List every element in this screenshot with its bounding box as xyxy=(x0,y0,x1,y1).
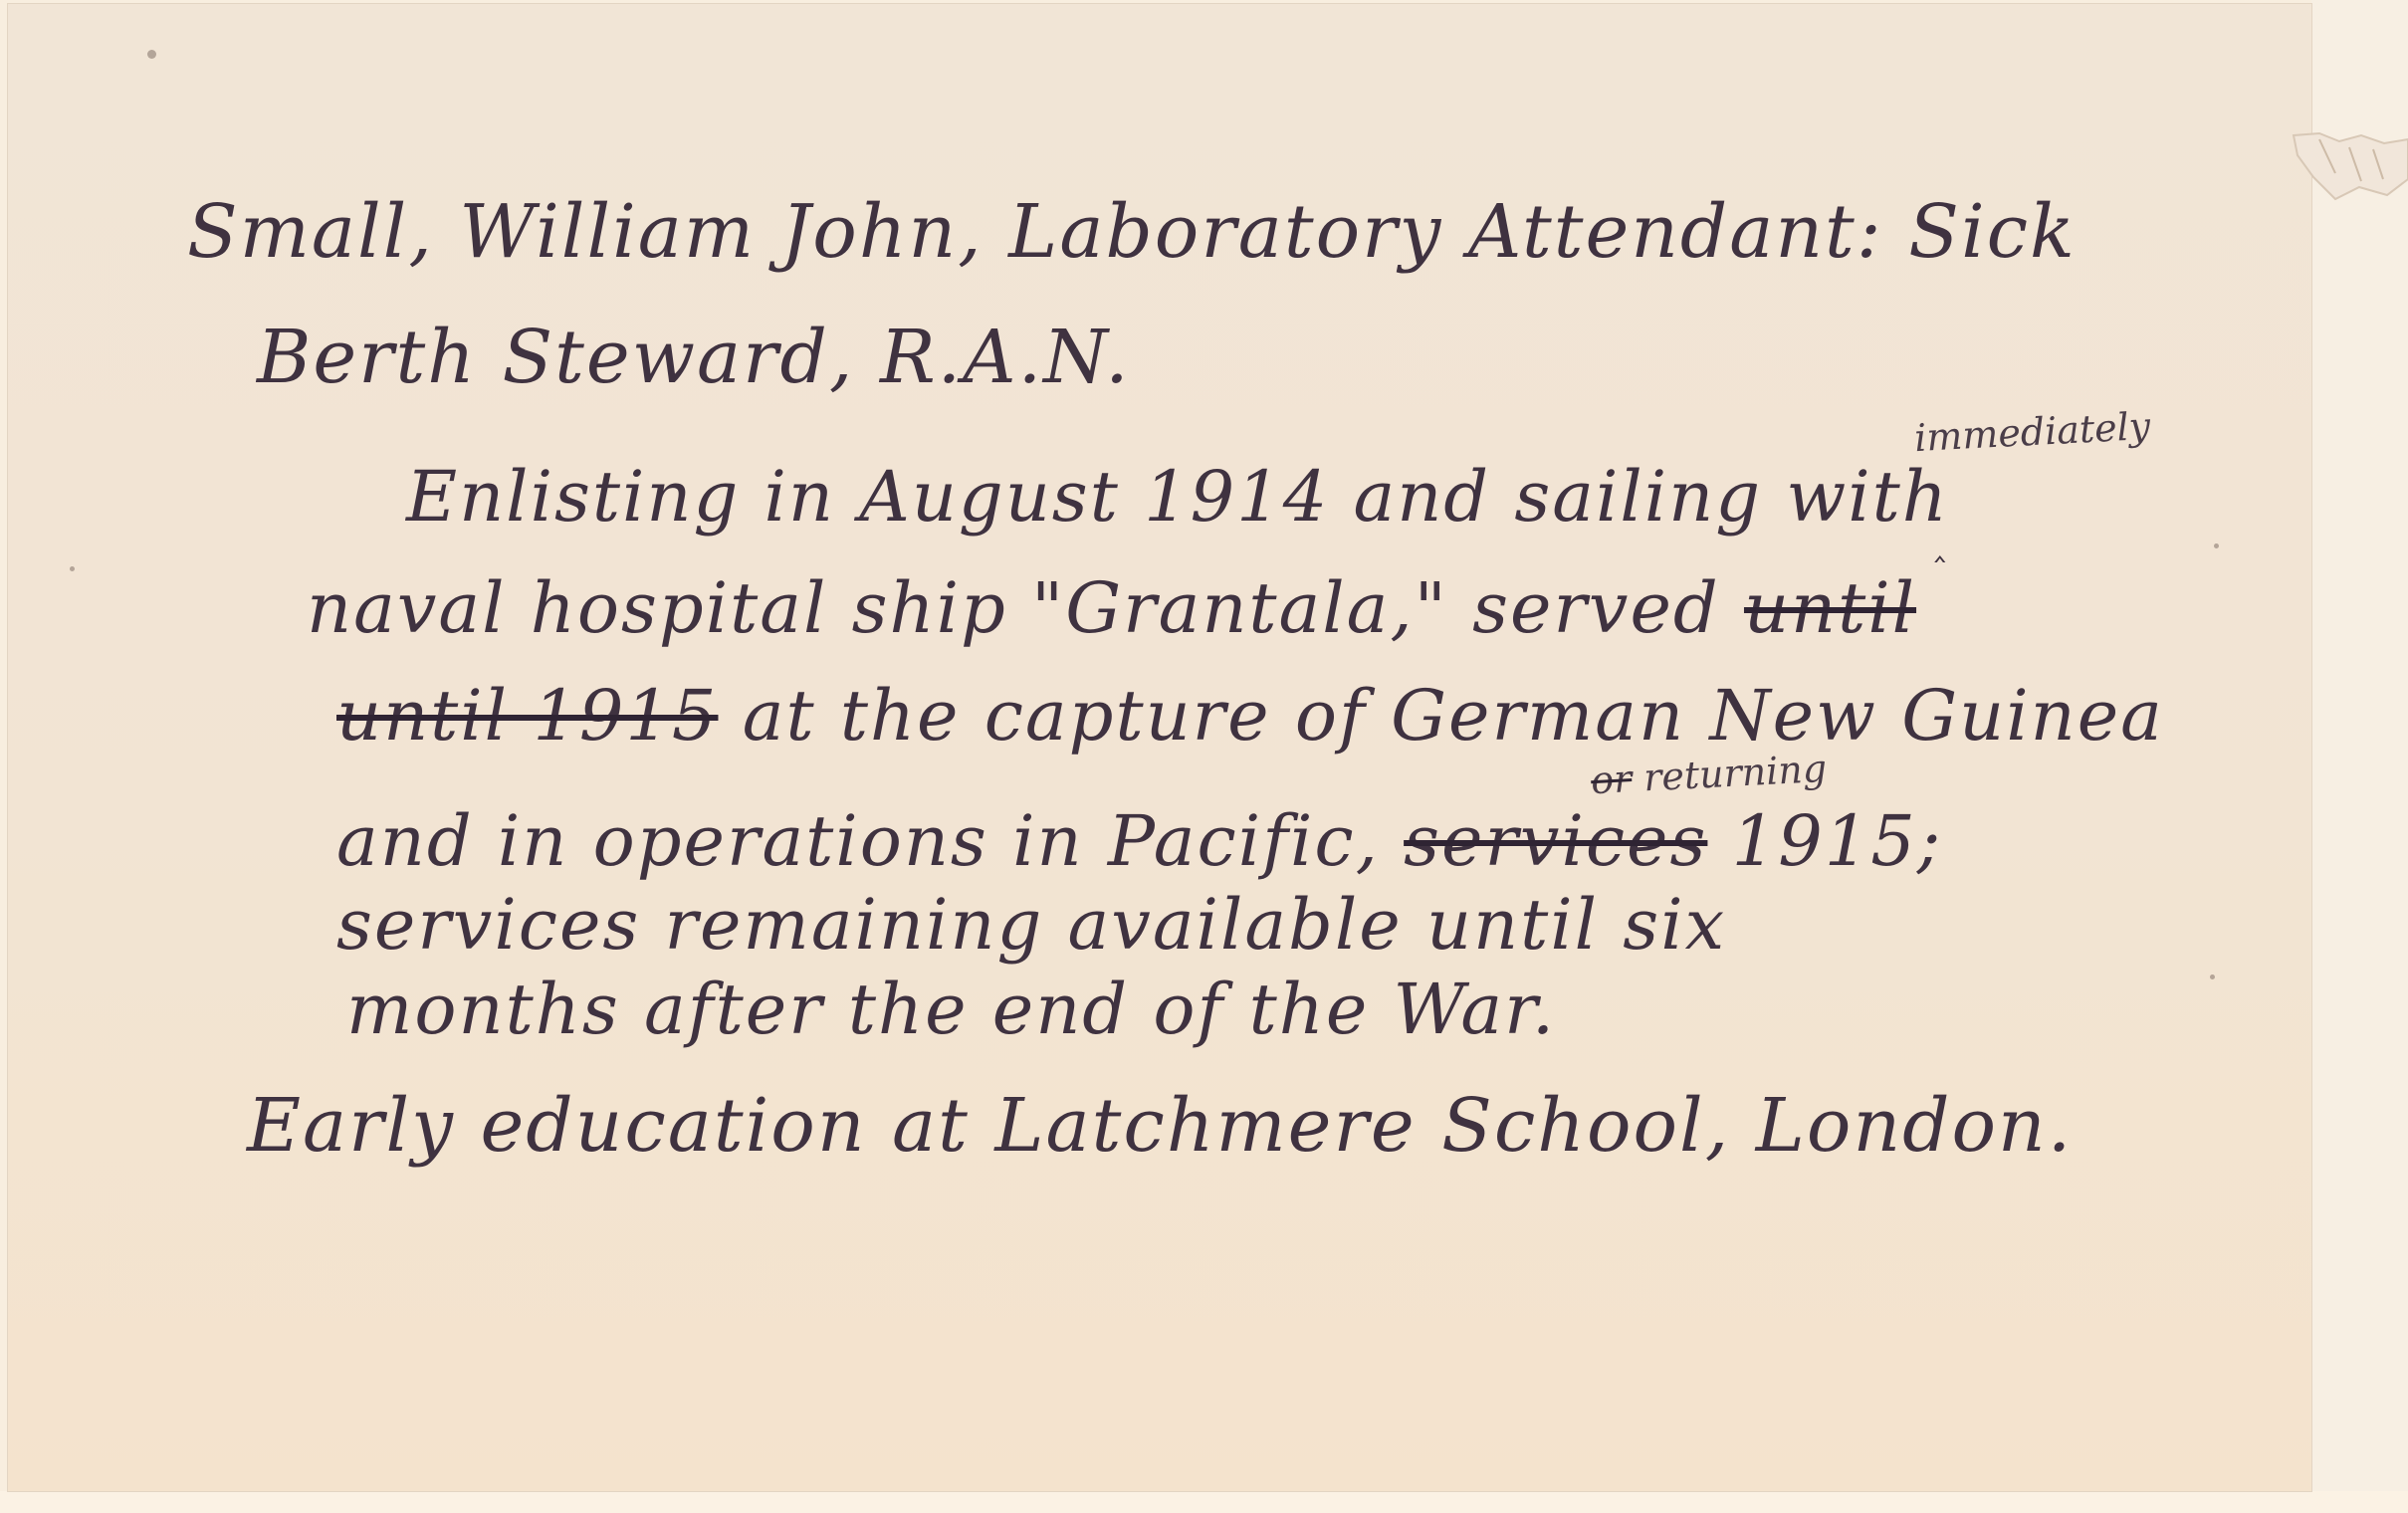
line-2-text: Berth Steward, R.A.N. xyxy=(257,315,1131,400)
line-3-text: Enlisting in August 1914 and sailing wit… xyxy=(406,456,1949,538)
scan-background-bottom xyxy=(0,1491,2408,1513)
note-card: Small, William John, Laboratory Attendan… xyxy=(8,4,2311,1491)
line-8-text: months after the end of the War. xyxy=(346,969,1556,1050)
line-hospital-ship: naval hospital ship "Grantala," served u… xyxy=(307,573,1916,643)
struck-until-1915: until 1915 xyxy=(336,675,718,756)
line-4-text: naval hospital ship "Grantala," served xyxy=(307,567,1744,649)
struck-word-services: services xyxy=(1404,800,1707,882)
line-months: months after the end of the War. xyxy=(346,974,1556,1044)
paper-speck xyxy=(2210,974,2215,979)
line-education: Early education at Latchmere School, Lon… xyxy=(247,1089,2073,1163)
paper-speck xyxy=(70,566,75,571)
struck-word-until: until xyxy=(1744,567,1916,649)
line-6-text: and in operations in Pacific, xyxy=(336,800,1404,882)
scanned-document: Small, William John, Laboratory Attendan… xyxy=(0,0,2408,1513)
line-6-year: 1915; xyxy=(1707,800,1942,882)
inserted-word-immediately: immediately xyxy=(1913,404,2151,460)
line-pacific: and in operations in Pacific, services 1… xyxy=(336,806,1942,876)
line-1-text: Small, William John, Laboratory Attendan… xyxy=(187,189,2077,275)
line-rank: Berth Steward, R.A.N. xyxy=(257,321,1131,394)
line-9-text: Early education at Latchmere School, Lon… xyxy=(247,1083,2073,1169)
insertion-caret-icon: ‸ xyxy=(1934,524,1946,563)
paper-speck xyxy=(147,50,156,59)
line-capture: until 1915 at the capture of German New … xyxy=(336,681,2164,751)
line-name-title: Small, William John, Laboratory Attendan… xyxy=(187,195,2077,269)
scan-background-right xyxy=(2311,0,2408,1513)
struck-word-or: or xyxy=(1590,756,1633,802)
line-5-text: at the capture of German New Guinea xyxy=(718,675,2163,756)
line-services: services remaining available until six xyxy=(336,890,1726,960)
inserted-word-returning: returning xyxy=(1642,747,1828,800)
paper-speck xyxy=(2214,543,2219,548)
torn-corner-icon xyxy=(2290,129,2408,209)
line-enlisting: Enlisting in August 1914 and sailing wit… xyxy=(406,462,1949,532)
line-7-text: services remaining available until six xyxy=(336,884,1726,966)
